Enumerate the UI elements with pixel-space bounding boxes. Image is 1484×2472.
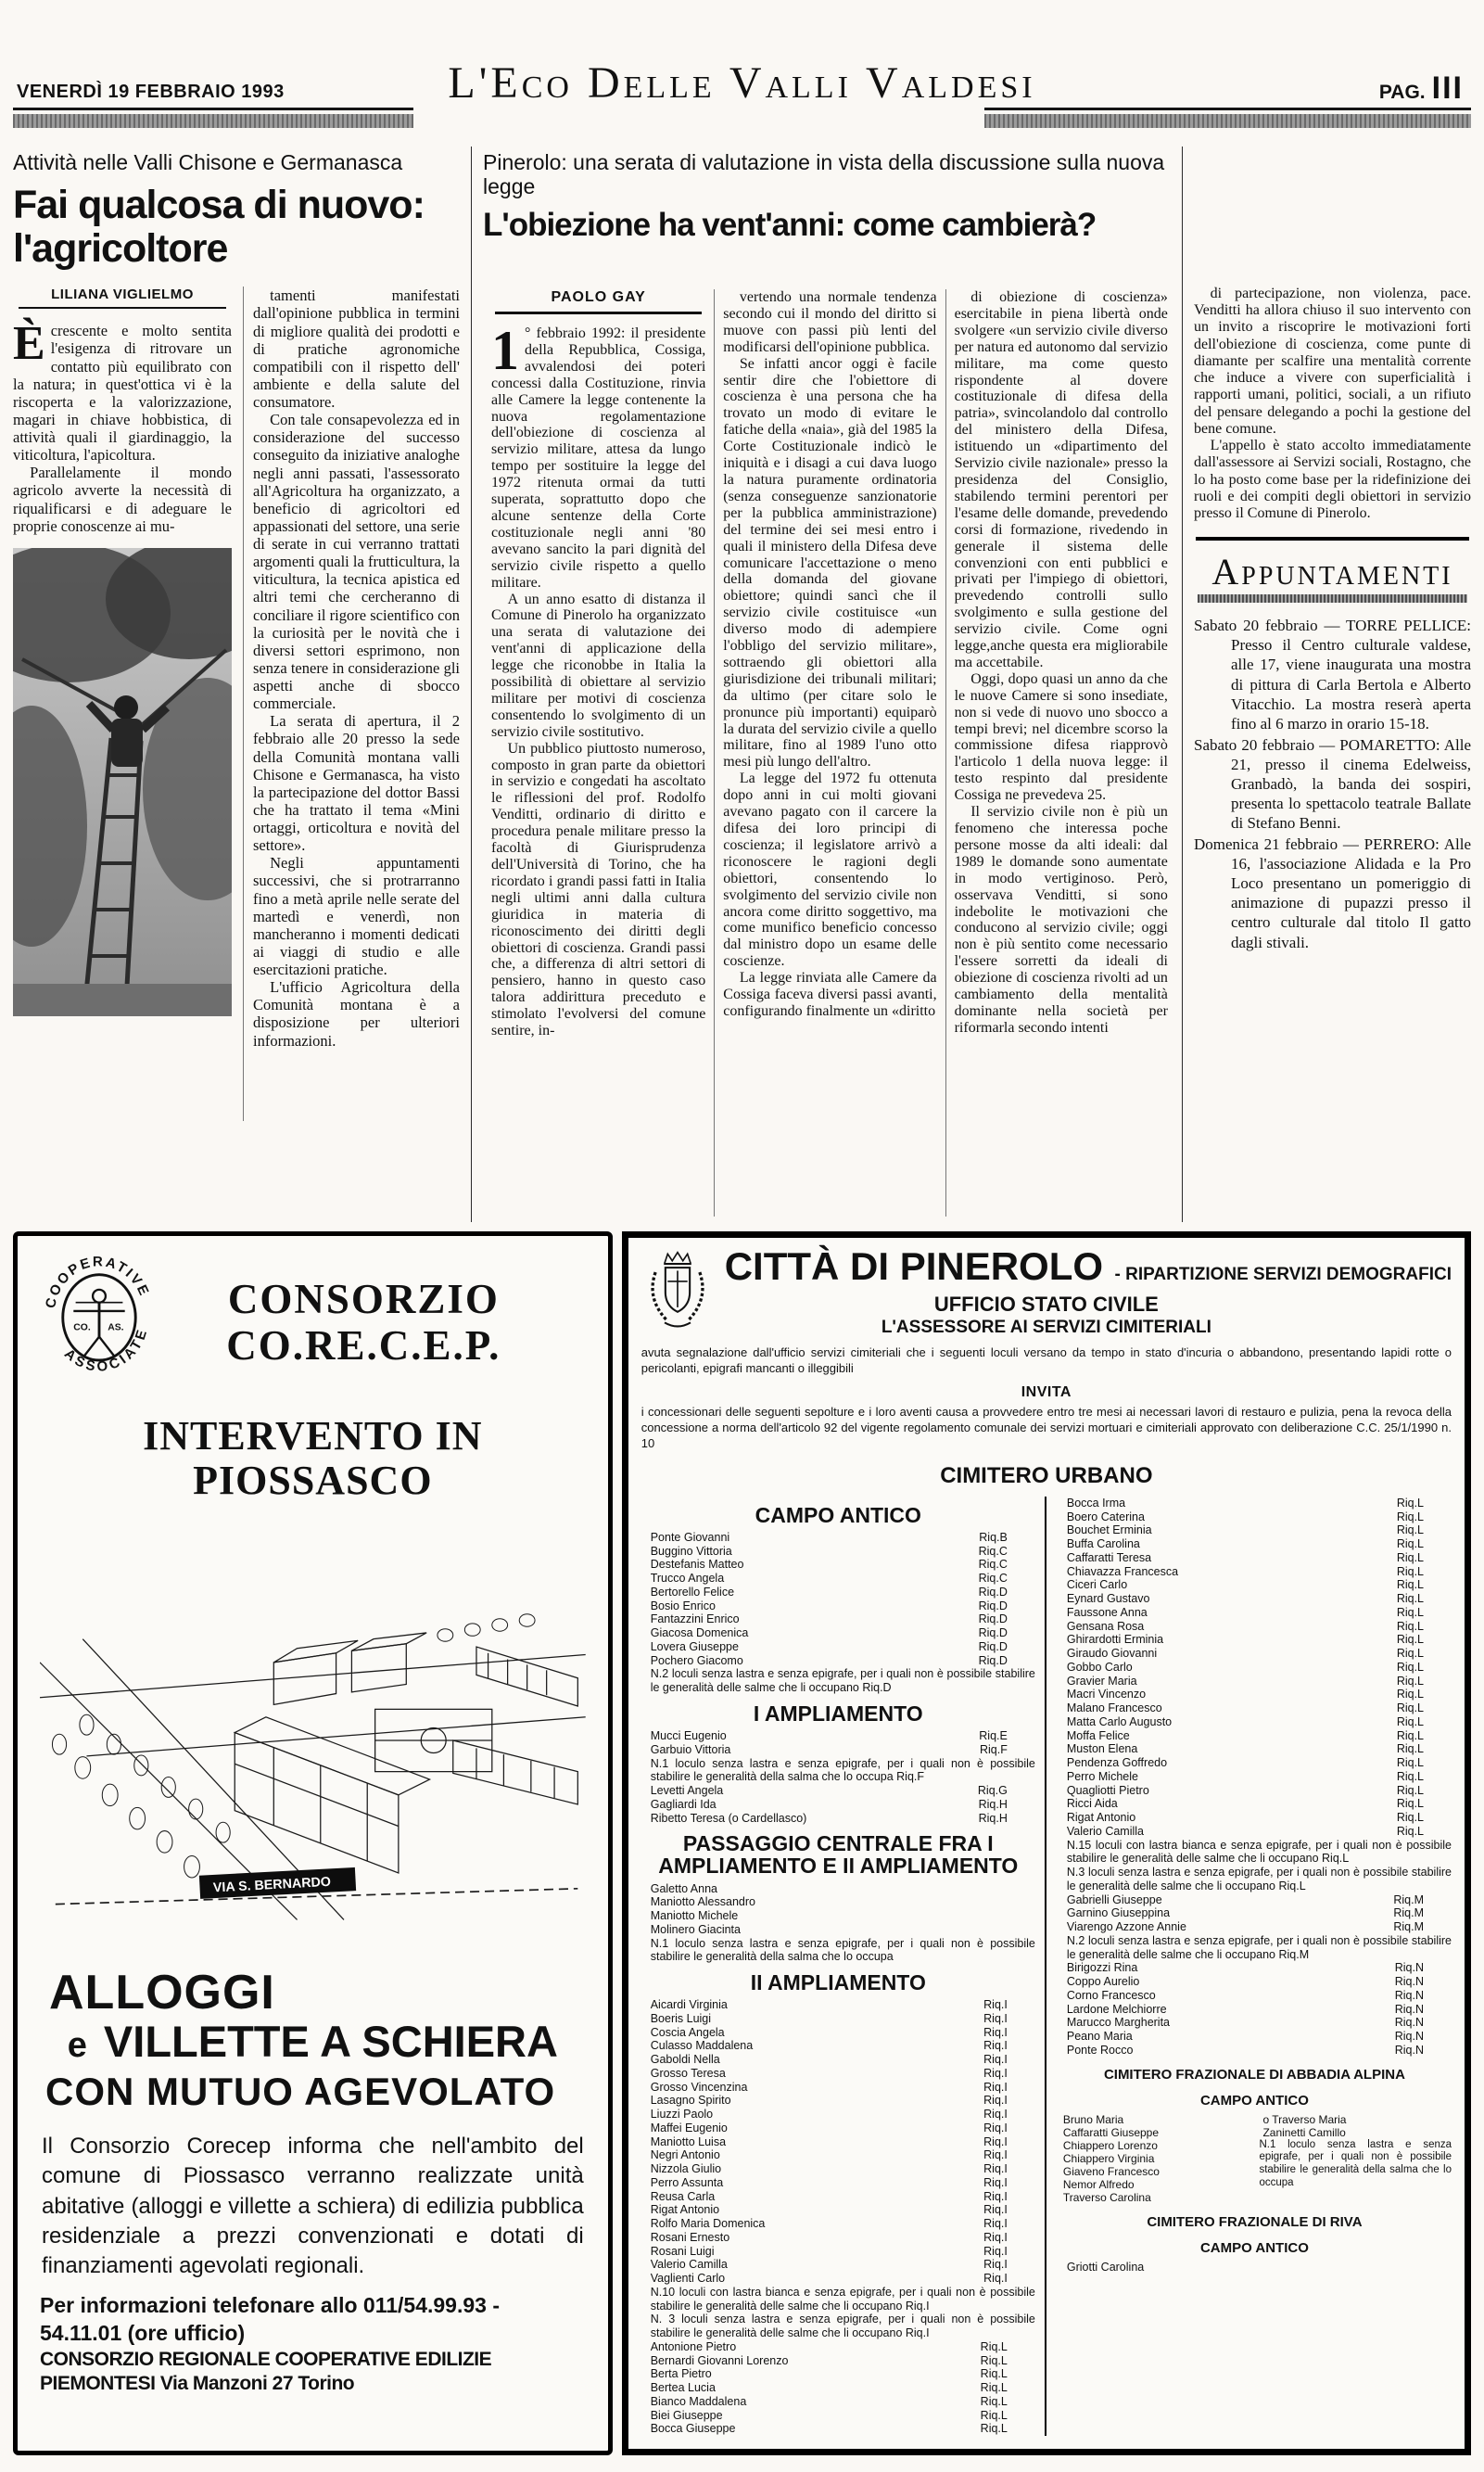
cemetery-entry: Levetti Angela Riq.G [641, 1784, 1035, 1798]
paragraph: La serata di apertura, il 2 febbraio all… [253, 712, 460, 854]
cemetery-entry: Ciceri Carlo Riq.L [1058, 1578, 1452, 1592]
cemetery-entry: Garbuio Vittoria Riq.F [641, 1743, 1035, 1757]
kicker: Pinerolo: una serata di valutazione in v… [483, 150, 1176, 199]
kicker: Attività nelle Valli Chisone e Germanasc… [13, 150, 460, 174]
article-obiezione: Pinerolo: una serata di valutazione in v… [472, 147, 1471, 1222]
entry-name: Maniotto Alessandro [651, 1895, 755, 1909]
entry-text: N. 3 loculi senza lastra e senza epigraf… [651, 2313, 1035, 2339]
cemetery-entry: Eynard Gustavo Riq.L [1058, 1592, 1452, 1606]
entry-riq: Riq.I [983, 2203, 1008, 2217]
entry-name: Matta Carlo Augusto [1067, 1715, 1172, 1729]
entry-riq: Riq.L [1397, 1701, 1424, 1715]
article-column: LILIANA VIGLIELMO Ècrescente e molto sen… [13, 287, 232, 1121]
entry-riq: Riq.C [979, 1545, 1008, 1559]
cemetery-entry: Bertorello Felice Riq.D [641, 1586, 1035, 1599]
entry-riq: Riq.G [978, 1784, 1008, 1798]
entry-riq: Riq.I [983, 2272, 1008, 2286]
entry-riq: Riq.C [979, 1572, 1008, 1586]
entry-name: Boero Caterina [1067, 1510, 1145, 1524]
entry-name: Pendenza Goffredo [1067, 1756, 1167, 1770]
abbadia-columns: Bruno Maria Caffaratti Giuseppe Chiapper… [1058, 2113, 1452, 2205]
entry-riq: Riq.L [1397, 1661, 1424, 1675]
entry-riq: Riq.L [1397, 1825, 1424, 1839]
paragraph: Parallelamente il mondo agricolo avverte… [13, 464, 232, 535]
cemetery-entry: CAMPO ANTICO [641, 1504, 1035, 1526]
cemetery-entry: Maniotto Luisa Riq.I [641, 2135, 1035, 2149]
entry-list: o Traverso Maria Zaninetti Camillo [1257, 2113, 1452, 2205]
cemetery-entry: Maniotto Alessandro [641, 1895, 1035, 1909]
entry-name: Bruno Maria [1063, 2113, 1123, 2126]
cemetery-entry: N.2 loculi senza lastra e senza epigrafe… [1058, 1934, 1452, 1962]
appuntamenti-item: Sabato 20 febbraio — TORRE PELLICE: Pres… [1194, 616, 1471, 733]
entry-name: Antonione Pietro [651, 2340, 736, 2354]
cemetery-entry: Buggino Vittoria Riq.C [641, 1545, 1035, 1559]
cemetery-entry: Ribetto Teresa (o Cardellasco) Riq.H [641, 1812, 1035, 1826]
entry-name: Bocca Giuseppe [651, 2422, 736, 2436]
cemetery-entry: Viarengo Azzone Annie Riq.M [1058, 1920, 1452, 1934]
end-rule [1196, 537, 1469, 541]
entry-riq: Riq.L [981, 2381, 1008, 2395]
paragraph: Un pubblico piuttosto numeroso, composto… [491, 741, 705, 1039]
cemetery-list-right: Bocca Irma Riq.L Boero Caterina Riq.L Bo… [1046, 1497, 1452, 2436]
entry-name: Ciceri Carlo [1067, 1578, 1127, 1592]
cemetery-entry: Antonione Pietro Riq.L [641, 2340, 1035, 2354]
entry-name: Maniotto Luisa [651, 2135, 726, 2149]
entry-riq: Riq.L [1397, 1647, 1424, 1661]
cemetery-entry: Negri Antonio Riq.I [641, 2148, 1035, 2162]
entry-riq: Riq.I [983, 2026, 1008, 2040]
column-text: vertendo una normale tendenza secondo cu… [723, 289, 936, 1020]
paragraph: vertendo una normale tendenza secondo cu… [723, 289, 936, 356]
cemetery-entry: Nizzola Giulio Riq.I [641, 2162, 1035, 2176]
entry-riq: Riq.B [979, 1531, 1008, 1545]
notice-title-row: CITTÀ DI PINEROLO - RIPARTIZIONE SERVIZI… [725, 1247, 1452, 1286]
page-number-value: III [1432, 70, 1464, 106]
notice-title-suffix: - RIPARTIZIONE SERVIZI DEMOGRAFICI [1115, 1265, 1452, 1284]
paragraph: 1° febbraio 1992: il presidente della Re… [491, 325, 705, 592]
cemetery-entry: Giacosa Domenica Riq.D [641, 1626, 1035, 1640]
cemetery-entry: N.2 loculi senza lastra e senza epigrafe… [641, 1667, 1035, 1695]
entry-riq: Riq.L [1397, 1551, 1424, 1565]
entry-riq: Riq.L [1397, 1756, 1424, 1770]
entry-riq: Riq.I [983, 2053, 1008, 2067]
entry-text: N.3 loculi senza lastra e senza epigrafe… [1067, 1866, 1452, 1892]
cemetery-entry: Giaveno Francesco [1058, 2165, 1252, 2178]
entry-riq: Riq.L [1397, 1729, 1424, 1743]
cemetery-entry: CAMPO ANTICO [1058, 2093, 1452, 2109]
entry-text: N.15 loculi con lastra bianca e senza ep… [1067, 1839, 1452, 1866]
paragraph: Ècrescente e molto sentita l'esigenza di… [13, 322, 232, 464]
drop-cap: È [13, 322, 51, 364]
entry-riq: Riq.L [1397, 1620, 1424, 1634]
entry-name: Berta Pietro [651, 2367, 712, 2381]
entry-name: Aicardi Virginia [651, 1998, 728, 2012]
cemetery-entry: N.1 loculo senza lastra e senza epigrafe… [641, 1937, 1035, 1965]
header-rule-left [13, 108, 413, 110]
entry-name: Bouchet Erminia [1067, 1523, 1152, 1537]
cemetery-entry: Ponte Giovanni Riq.B [641, 1531, 1035, 1545]
entry-name: Chiappero Lorenzo [1063, 2139, 1158, 2152]
entry-name: Giraudo Giovanni [1067, 1647, 1157, 1661]
cemetery-entry: Valerio Camilla Riq.I [641, 2258, 1035, 2272]
cemetery-entry: Bernardi Giovanni Lorenzo Riq.L [641, 2354, 1035, 2368]
paragraph: A un anno esatto di distanza il Comune d… [491, 592, 705, 741]
cemetery-entry: Muston Elena Riq.L [1058, 1742, 1452, 1756]
entry-name: Marucco Margherita [1067, 2016, 1170, 2030]
entry-text: N.1 loculo senza lastra e senza epigrafe… [1259, 2139, 1452, 2188]
entry-riq: Riq.D [979, 1599, 1008, 1613]
entry-name: Ribetto Teresa (o Cardellasco) [651, 1812, 807, 1826]
entry-name: Bocca Irma [1067, 1497, 1125, 1510]
entry-name: Moffa Felice [1067, 1729, 1130, 1743]
entry-riq: Riq.L [1397, 1715, 1424, 1729]
entry-name: Nizzola Giulio [651, 2162, 721, 2176]
photo-illustration [13, 548, 232, 1016]
entry-name: Levetti Angela [651, 1784, 724, 1798]
entry-riq: Riq.C [979, 1558, 1008, 1572]
notice-invita: INVITA [641, 1384, 1452, 1401]
article-body: PAOLO GAY 1° febbraio 1992: il president… [483, 289, 1176, 1217]
entry-riq: Riq.L [1397, 1578, 1424, 1592]
cemetery-entry: Valerio Camilla Riq.L [1058, 1825, 1452, 1839]
entry-name: Grosso Vincenzina [651, 2081, 748, 2095]
entry-riq: Riq.L [981, 2340, 1008, 2354]
entry-name: Gagliardi Ida [651, 1798, 717, 1812]
cemetery-entry: Lasagno Spirito Riq.I [641, 2094, 1035, 2108]
entry-riq: Riq.L [1397, 1784, 1424, 1798]
entry-riq: Riq.L [1397, 1811, 1424, 1825]
cemetery-entry: Lovera Giuseppe Riq.D [641, 1640, 1035, 1654]
entry-name: Nemor Alfredo [1063, 2178, 1135, 2191]
entry-name: Lardone Melchiorre [1067, 2003, 1167, 2017]
entry-name: Caffaratti Giuseppe [1063, 2126, 1159, 2139]
cemetery-entry: Ghirardotti Erminia Riq.L [1058, 1633, 1452, 1647]
cemetery-entry: Chiappero Virginia [1058, 2152, 1252, 2165]
entry-riq: Riq.D [979, 1612, 1008, 1626]
pinerolo-notice: CITTÀ DI PINEROLO - RIPARTIZIONE SERVIZI… [622, 1231, 1471, 2455]
cemetery-entry: Boero Caterina Riq.L [1058, 1510, 1452, 1524]
cemetery-section-title: CIMITERO URBANO [641, 1463, 1452, 1489]
cemetery-entry: Rolfo Maria Domenica Riq.I [641, 2217, 1035, 2231]
entry-name: Trucco Angela [651, 1572, 724, 1586]
entry-name: Malano Francesco [1067, 1701, 1162, 1715]
entry-name: Giacosa Domenica [651, 1626, 749, 1640]
entry-riq: Riq.I [983, 2148, 1008, 2162]
entry-riq: Riq.L [1397, 1523, 1424, 1537]
entry-name: Griotti Carolina [1067, 2261, 1144, 2274]
svg-text:AS.: AS. [108, 1323, 123, 1333]
cemetery-entry: Coppo Aurelio Riq.N [1058, 1975, 1452, 1989]
cemetery-entry: CAMPO ANTICO [1058, 2240, 1452, 2257]
cemetery-entry: Rigat Antonio Riq.L [1058, 1811, 1452, 1825]
cemetery-entry: Pochero Giacomo Riq.D [641, 1654, 1035, 1668]
header-gradient-left [13, 114, 413, 128]
cemetery-entry: Bianco Maddalena Riq.L [641, 2395, 1035, 2409]
entry-name: Zaninetti Camillo [1262, 2126, 1345, 2139]
cemetery-entry: Ricci Aida Riq.L [1058, 1797, 1452, 1811]
cemetery-entry: Grosso Teresa Riq.I [641, 2067, 1035, 2081]
cemetery-entry: Faussone Anna Riq.L [1058, 1606, 1452, 1620]
entry-name: Eynard Gustavo [1067, 1592, 1150, 1606]
entry-name: Maffei Eugenio [651, 2122, 728, 2135]
entry-name: Rolfo Maria Domenica [651, 2217, 766, 2231]
paragraph: di obiezione di coscienza» esercitabile … [955, 289, 1168, 671]
cemetery-list-left: CAMPO ANTICO Ponte Giovanni Riq.B Buggin… [641, 1497, 1046, 2436]
entry-riq: Riq.I [983, 2135, 1008, 2149]
entry-riq: Riq.I [983, 1998, 1008, 2012]
ad-body-text: Il Consorzio Corecep informa che nell'am… [42, 2132, 584, 2281]
ad-headline-mutuo: CON MUTUO AGEVOLATO [45, 2069, 586, 2115]
article-photo [13, 548, 232, 1016]
entry-name: Culasso Maddalena [651, 2039, 754, 2053]
entry-name: Boeris Luigi [651, 2012, 711, 2026]
entry-riq: Riq.N [1395, 1975, 1424, 1989]
cemetery-entry: Liuzzi Paolo Riq.I [641, 2108, 1035, 2122]
cemetery-entry: Caffaratti Teresa Riq.L [1058, 1551, 1452, 1565]
entry-riq: Riq.L [1397, 1688, 1424, 1701]
entry-riq: Riq.L [981, 2367, 1008, 2381]
entry-name: Rigat Antonio [1067, 1811, 1135, 1825]
entry-riq: Riq.M [1393, 1893, 1424, 1907]
entry-text: N.2 loculi senza lastra e senza epigrafe… [1067, 1934, 1452, 1961]
notice-title: CITTÀ DI PINEROLO [725, 1244, 1103, 1288]
ad-header: COOPERATIVE ASSOCIATE CO. AS. CONSORZIO … [40, 1253, 586, 1383]
cemetery-entry: Matta Carlo Augusto Riq.L [1058, 1715, 1452, 1729]
cemetery-entry: Gabrielli Giuseppe Riq.M [1058, 1893, 1452, 1907]
cemetery-entry: Aicardi Virginia Riq.I [641, 1998, 1035, 2012]
entry-riq: Riq.H [979, 1812, 1008, 1826]
entry-name: Reusa Carla [651, 2190, 715, 2204]
cemetery-entry: Birigozzi Rina Riq.N [1058, 1961, 1452, 1975]
entry-name: Vaglienti Carlo [651, 2272, 725, 2286]
entry-name: Biei Giuseppe [651, 2409, 723, 2423]
entry-text: I AMPLIAMENTO [754, 1701, 923, 1726]
city-crest-icon [643, 1247, 712, 1332]
cooperative-logo-icon: COOPERATIVE ASSOCIATE CO. AS. [34, 1249, 164, 1388]
paragraph: Se infatti ancor oggi è facile sentir di… [723, 356, 936, 771]
cemetery-entry: Chiappero Lorenzo [1058, 2139, 1252, 2152]
entry-text: N.1 loculo senza lastra e senza epigrafe… [651, 1937, 1035, 1964]
entry-riq: Riq.L [1397, 1565, 1424, 1579]
entry-name: Coppo Aurelio [1067, 1975, 1140, 1989]
entry-riq: Riq.I [983, 2122, 1008, 2135]
cemetery-entry: Bocca Irma Riq.L [1058, 1497, 1452, 1510]
cemetery-entry: Gagliardi Ida Riq.H [641, 1798, 1035, 1812]
notice-intro-1: avuta segnalazione dall'ufficio servizi … [641, 1345, 1452, 1377]
entry-name: Giaveno Francesco [1063, 2165, 1160, 2178]
entry-text: II AMPLIAMENTO [751, 1970, 926, 1994]
entry-list: CAMPO ANTICO Ponte Giovanni Riq.B Buggin… [641, 1504, 1035, 2436]
paragraph: Oggi, dopo quasi un anno da che le nuove… [955, 671, 1168, 804]
entry-list: Bocca Irma Riq.L Boero Caterina Riq.L Bo… [1058, 1497, 1452, 2109]
entry-name: Corno Francesco [1067, 1989, 1156, 2003]
entry-list: CIMITERO FRAZIONALE DI RIVA CAMPO ANTICO… [1058, 2214, 1452, 2274]
entry-name: Negri Antonio [651, 2148, 720, 2162]
page-label: PAG. [1379, 82, 1426, 103]
cemetery-lists: CAMPO ANTICO Ponte Giovanni Riq.B Buggin… [641, 1497, 1452, 2436]
page-header: VENERDÌ 19 FEBBRAIO 1993 L'Eco Delle Val… [0, 0, 1484, 141]
ad-headline-villette: eVILLETTE A SCHIERA [40, 2017, 586, 2067]
cemetery-entry: Corno Francesco Riq.N [1058, 1989, 1452, 2003]
entry-riq: Riq.N [1395, 2016, 1424, 2030]
entry-text: CAMPO ANTICO [755, 1503, 921, 1527]
entry-name: Bosio Enrico [651, 1599, 716, 1613]
article-column: PAOLO GAY 1° febbraio 1992: il president… [483, 289, 714, 1217]
entry-riq: Riq.N [1395, 2003, 1424, 2017]
cemetery-entry: Caffaratti Giuseppe [1058, 2126, 1252, 2139]
entry-name: Chiappero Virginia [1063, 2152, 1155, 2165]
entry-name: Ghirardotti Erminia [1067, 1633, 1163, 1647]
entry-name: Bertorello Felice [651, 1586, 734, 1599]
cemetery-entry: Pendenza Goffredo Riq.L [1058, 1756, 1452, 1770]
entry-riq: Riq.D [979, 1640, 1008, 1654]
entry-name: Rigat Antonio [651, 2203, 719, 2217]
entry-text: CIMITERO FRAZIONALE DI ABBADIA ALPINA [1104, 2067, 1405, 2083]
entry-name: Gabrielli Giuseppe [1067, 1893, 1162, 1907]
entry-name: Rosani Ernesto [651, 2231, 729, 2245]
notice-assessor: L'ASSESSORE AI SERVIZI CIMITERIALI [641, 1318, 1452, 1339]
entry-riq: Riq.D [979, 1654, 1008, 1668]
entry-name: Viarengo Azzone Annie [1067, 1920, 1186, 1934]
column-text: Ècrescente e molto sentita l'esigenza di… [13, 322, 232, 535]
entry-riq: Riq.M [1393, 1906, 1424, 1920]
cemetery-entry: Bertea Lucia Riq.L [641, 2381, 1035, 2395]
cemetery-entry: Lardone Melchiorre Riq.N [1058, 2003, 1452, 2017]
cemetery-entry: Perro Assunta Riq.I [641, 2176, 1035, 2190]
ad-phone-line: Per informazioni telefonare allo 011/54.… [40, 2292, 586, 2348]
corecep-ad: COOPERATIVE ASSOCIATE CO. AS. CONSORZIO … [13, 1231, 613, 2455]
headline: Fai qualcosa di nuovo: l'agricoltore [13, 184, 460, 270]
entry-riq: Riq.L [1397, 1592, 1424, 1606]
masthead: L'Eco Delle Valli Valdesi [0, 61, 1484, 106]
entry-name: Garnino Giuseppina [1067, 1906, 1170, 1920]
cemetery-entry: CIMITERO FRAZIONALE DI ABBADIA ALPINA [1058, 2067, 1452, 2083]
cemetery-entry: Destefanis Matteo Riq.C [641, 1558, 1035, 1572]
cemetery-entry: Vaglienti Carlo Riq.I [641, 2272, 1035, 2286]
cemetery-entry: Gravier Maria Riq.L [1058, 1675, 1452, 1688]
cemetery-entry: Gaboldi Nella Riq.I [641, 2053, 1035, 2067]
cemetery-entry: Reusa Carla Riq.I [641, 2190, 1035, 2204]
paragraph: tamenti manifestati dall'opinione pubbli… [253, 287, 460, 411]
cemetery-entry: Maniotto Michele [641, 1909, 1035, 1923]
entry-riq: Riq.L [1397, 1770, 1424, 1784]
paragraph: Negli appuntamenti successivi, che si pr… [253, 854, 460, 978]
paragraph: Con tale consapevolezza ed in consideraz… [253, 411, 460, 712]
article-header: Pinerolo: una serata di valutazione in v… [483, 150, 1176, 289]
entry-name: Bianco Maddalena [651, 2395, 747, 2409]
drop-cap: 1 [491, 325, 525, 374]
cemetery-entry: Molinero Giacinta [641, 1923, 1035, 1937]
cemetery-entry: N.1 loculo senza lastra e senza epigrafe… [641, 1757, 1035, 1785]
entry-name: Ponte Giovanni [651, 1531, 729, 1545]
entry-name: Ponte Rocco [1067, 2044, 1134, 2058]
article-column: vertendo una normale tendenza secondo cu… [714, 289, 945, 1217]
entry-riq: Riq.L [1397, 1797, 1424, 1811]
entry-riq: Riq.I [983, 2176, 1008, 2190]
entry-name: Chiavazza Francesca [1067, 1565, 1178, 1579]
entry-name: Gensana Rosa [1067, 1620, 1144, 1634]
entry-name: Valerio Camilla [1067, 1825, 1144, 1839]
entry-riq: Riq.L [1397, 1537, 1424, 1551]
entry-riq: Riq.L [1397, 1675, 1424, 1688]
article-main: Pinerolo: una serata di valutazione in v… [483, 147, 1176, 1222]
entry-riq: Riq.I [983, 2258, 1008, 2272]
appuntamenti-title: Appuntamenti [1194, 554, 1471, 591]
entry-riq: Riq.I [983, 2012, 1008, 2026]
paragraph: L'ufficio Agricoltura della Comunità mon… [253, 978, 460, 1050]
appuntamenti-list: Sabato 20 febbraio — TORRE PELLICE: Pres… [1194, 616, 1471, 951]
newspaper-page: VENERDÌ 19 FEBBRAIO 1993 L'Eco Delle Val… [0, 0, 1484, 2472]
entry-riq: Riq.E [979, 1729, 1008, 1743]
cemetery-entry: Fantazzini Enrico Riq.D [641, 1612, 1035, 1626]
byline: LILIANA VIGLIELMO [19, 287, 226, 309]
entry-name: o Traverso Maria [1262, 2113, 1346, 2126]
cemetery-entry: N.15 loculi con lastra bianca e senza ep… [1058, 1839, 1452, 1867]
entry-riq: Riq.L [981, 2395, 1008, 2409]
ad-organization-line: CONSORZIO REGIONALE COOPERATIVE EDILIZIE… [40, 2348, 586, 2397]
cemetery-entry: Coscia Angela Riq.I [641, 2026, 1035, 2040]
entry-name: Bernardi Giovanni Lorenzo [651, 2354, 789, 2368]
appuntamenti-item: Domenica 21 febbraio — PERRERO: Alle 16,… [1194, 835, 1471, 951]
column-text: di obiezione di coscienza» esercitabile … [955, 289, 1168, 1037]
cemetery-entry: N. 3 loculi senza lastra e senza epigraf… [641, 2313, 1035, 2340]
cemetery-entry: Buffa Carolina Riq.L [1058, 1537, 1452, 1551]
cemetery-entry: Malano Francesco Riq.L [1058, 1701, 1452, 1715]
cemetery-entry: Ponte Rocco Riq.N [1058, 2044, 1452, 2058]
cemetery-entry: Quagliotti Pietro Riq.L [1058, 1784, 1452, 1798]
cemetery-entry: Mucci Eugenio Riq.E [641, 1729, 1035, 1743]
article-column: tamenti manifestati dall'opinione pubbli… [243, 287, 460, 1121]
cemetery-entry: Bocca Giuseppe Riq.L [641, 2422, 1035, 2436]
entry-riq: Riq.I [983, 2081, 1008, 2095]
right-column: di partecipazione, non violenza, pace. V… [1182, 147, 1471, 1222]
paragraph: L'appello è stato accolto immediatamente… [1194, 438, 1471, 522]
entry-riq: Riq.L [1397, 1606, 1424, 1620]
cemetery-entry: Bosio Enrico Riq.D [641, 1599, 1035, 1613]
entry-name: Traverso Carolina [1063, 2191, 1151, 2204]
cemetery-entry: CIMITERO FRAZIONALE DI RIVA [1058, 2214, 1452, 2231]
entry-name: Birigozzi Rina [1067, 1961, 1137, 1975]
entry-riq: Riq.L [981, 2354, 1008, 2368]
entry-riq: Riq.N [1395, 1961, 1424, 1975]
article-body: LILIANA VIGLIELMO Ècrescente e molto sen… [13, 287, 460, 1121]
cemetery-entry: Grosso Vincenzina Riq.I [641, 2081, 1035, 2095]
paragraph: di partecipazione, non violenza, pace. V… [1194, 286, 1471, 438]
header-gradient-right [984, 114, 1471, 128]
entry-riq: Riq.I [983, 2190, 1008, 2204]
entry-riq: Riq.L [1397, 1633, 1424, 1647]
entry-riq: Riq.I [983, 2067, 1008, 2081]
header-rule-right [984, 108, 1471, 110]
paragraph: La legge rinviata alle Camere da Cossiga… [723, 970, 936, 1020]
entry-name: Molinero Giacinta [651, 1923, 741, 1937]
page-number: PAG.III [1379, 70, 1464, 107]
entry-riq: Riq.L [981, 2422, 1008, 2436]
cemetery-entry: PASSAGGIO CENTRALE FRA I AMPLIAMENTO E I… [641, 1832, 1035, 1877]
entry-name: Liuzzi Paolo [651, 2108, 713, 2122]
cemetery-entry: Zaninetti Camillo [1257, 2126, 1452, 2139]
cemetery-entry: Biei Giuseppe Riq.L [641, 2409, 1035, 2423]
cemetery-entry: Galetto Anna [641, 1882, 1035, 1896]
entry-riq: Riq.L [1397, 1497, 1424, 1510]
entry-list: Bruno Maria Caffaratti Giuseppe Chiapper… [1058, 2113, 1252, 2205]
entry-riq: Riq.L [1397, 1510, 1424, 1524]
entry-text: CAMPO ANTICO [1200, 2093, 1309, 2109]
entry-text: N.2 loculi senza lastra e senza epigrafe… [651, 1667, 1035, 1694]
cemetery-entry: Griotti Carolina [1058, 2261, 1452, 2274]
cemetery-entry: Gobbo Carlo Riq.L [1058, 1661, 1452, 1675]
column-text: di partecipazione, non violenza, pace. V… [1194, 286, 1471, 522]
